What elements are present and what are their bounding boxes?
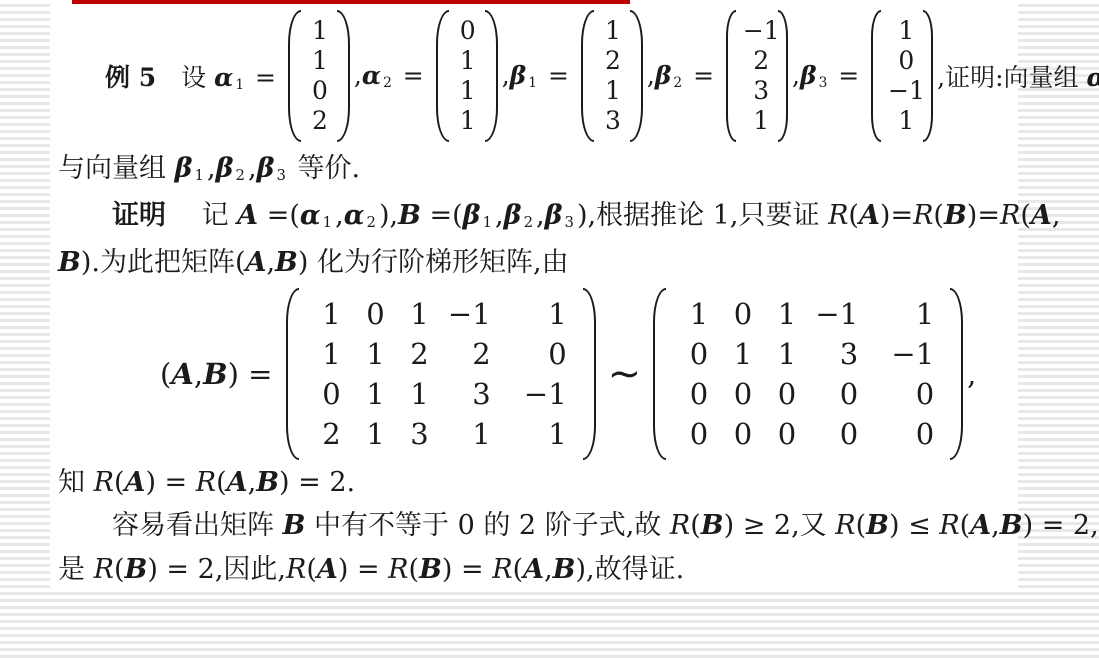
- matrix-entry: −1: [493, 374, 569, 414]
- text-segment: ,: [647, 61, 655, 90]
- text-segment: 3: [819, 75, 828, 91]
- text-segment: ) ≤: [889, 510, 939, 541]
- vector-entry: −1: [888, 76, 914, 106]
- vector-entry: 1: [308, 16, 328, 46]
- text-segment: R: [939, 510, 959, 541]
- text-segment: 1: [323, 213, 332, 231]
- left-paren: [288, 10, 301, 142]
- text-segment: (: [306, 554, 317, 585]
- left-paren: [653, 288, 666, 460]
- matrix-entry: 0: [493, 334, 569, 374]
- column-vector: 0111: [436, 10, 498, 142]
- text-segment: β: [504, 200, 522, 231]
- text-segment: ,: [792, 61, 800, 90]
- matrix-entry: 1: [387, 374, 431, 414]
- matrix-grid: 0111: [449, 10, 485, 142]
- text-segment: (: [856, 510, 867, 541]
- text-run: ,α2 =: [354, 61, 432, 91]
- text-segment: ) =: [145, 467, 195, 498]
- left-paren: [286, 288, 299, 460]
- text-segment: B: [283, 510, 306, 541]
- matrix: 101−110113−10000000000: [653, 288, 963, 460]
- matrix-entry: 1: [710, 334, 754, 374]
- text-segment: β: [175, 153, 193, 184]
- text-run: 是 R(B) = 2,因此,R(A) = R(B) = R(A,B),故得证.: [58, 554, 684, 585]
- text-segment: β: [800, 61, 817, 90]
- matrix-entry: 0: [860, 374, 936, 414]
- matrix-entry: 0: [798, 414, 860, 454]
- text-segment: α: [362, 61, 381, 90]
- text-segment: ,: [1052, 200, 1061, 231]
- column-vector: 1213: [581, 10, 643, 142]
- text-segment: ) =: [228, 357, 282, 391]
- matrix-entry: 1: [307, 334, 343, 374]
- text-segment: (: [690, 510, 701, 541]
- text-segment: 2: [383, 75, 392, 91]
- text-segment: ) =: [338, 554, 388, 585]
- text-run: 与向量组 β1,β2,β3 等价.: [58, 153, 360, 184]
- vector-entry: 2: [308, 106, 328, 136]
- text-segment: (: [216, 467, 227, 498]
- text-segment: 记: [166, 200, 237, 231]
- matrix-entry: 0: [307, 374, 343, 414]
- matrix-entry: 1: [343, 414, 387, 454]
- text-segment: B: [1000, 510, 1023, 541]
- text-segment: A: [970, 510, 991, 541]
- text-segment: A: [317, 554, 338, 585]
- text-segment: β: [545, 200, 563, 231]
- matrix-entry: 0: [674, 334, 710, 374]
- text-segment: =: [685, 61, 722, 90]
- text-segment: α: [344, 200, 365, 231]
- text-segment: =: [247, 63, 284, 92]
- text-segment: R: [94, 467, 114, 498]
- matrix-entry: 1: [674, 294, 710, 334]
- example-statement-line: 例 5 设 α1 = 1102,α2 = 0111,β1 = 1213,β2 =…: [50, 0, 1018, 146]
- text-run: ∼: [600, 351, 650, 397]
- text-run: ,证明:向量组 α1,α2: [937, 58, 1099, 94]
- text-segment: ) = 2,: [1023, 510, 1099, 541]
- text-segment: (: [409, 554, 420, 585]
- text-segment: 故得证.: [595, 554, 685, 585]
- vector-entry: 1: [456, 76, 476, 106]
- text-segment: (: [160, 357, 171, 391]
- text-run: (A,B) =: [160, 357, 282, 391]
- text-segment: A: [523, 554, 544, 585]
- matrix-entry: 1: [343, 374, 387, 414]
- text-segment: (: [114, 554, 125, 585]
- matrix-entry: 1: [307, 294, 343, 334]
- right-paren: [630, 10, 643, 142]
- right-paren: [923, 10, 933, 142]
- text-segment: 与向量组: [58, 153, 175, 184]
- text-segment: A: [246, 247, 267, 278]
- text-segment: β: [510, 61, 527, 90]
- text-segment: ),: [575, 554, 594, 585]
- text-segment: 容易看出矩阵: [112, 510, 283, 541]
- matrix-entry: 1: [343, 334, 387, 374]
- right-paren: [485, 10, 498, 142]
- rank-conclusion-line: 知 R(A) = R(A,B) = 2.: [50, 462, 1018, 504]
- text-segment: (: [933, 200, 944, 231]
- text-segment: ),: [577, 200, 596, 231]
- matrix-entry: 0: [754, 374, 798, 414]
- text-segment: B: [203, 357, 228, 391]
- column-vector: 1102: [288, 10, 350, 142]
- text-segment: A: [124, 467, 145, 498]
- text-segment: 2: [236, 166, 245, 184]
- text-segment: ),: [379, 200, 398, 231]
- text-segment: A: [859, 200, 880, 231]
- right-paren: [337, 10, 350, 142]
- vector-entry: 1: [308, 46, 328, 76]
- matrix-entry: 0: [674, 414, 710, 454]
- column-vector: −1231: [726, 10, 788, 142]
- text-segment: 为此把矩阵(: [100, 247, 246, 278]
- proof-line-2: B).为此把矩阵(A,B) 化为行阶梯形矩阵,由: [50, 239, 1018, 286]
- text-segment: 3: [277, 166, 286, 184]
- text-segment: 设: [156, 63, 214, 92]
- text-segment: =(: [258, 200, 300, 231]
- final-argument-line-2: 是 R(B) = 2,因此,R(A) = R(B) = R(A,B),故得证.: [50, 548, 1018, 592]
- text-segment: ,: [495, 200, 504, 231]
- text-segment: α: [1087, 63, 1099, 92]
- text-segment: 2: [524, 213, 533, 231]
- vector-entry: 1: [456, 106, 476, 136]
- text-segment: B: [256, 467, 279, 498]
- text-segment: B: [58, 247, 81, 278]
- final-argument-line-1: 容易看出矩阵 B 中有不等于 0 的 2 阶子式,故 R(B) ≥ 2,又 R(…: [50, 504, 1018, 548]
- matrix-entry: 1: [431, 414, 493, 454]
- matrix-entry: 1: [754, 294, 798, 334]
- text-segment: ) ≥ 2,: [724, 510, 800, 541]
- right-paren: [778, 10, 788, 142]
- matrix-entry: −1: [860, 334, 936, 374]
- text-segment: R: [828, 200, 848, 231]
- matrix-entry: 0: [860, 414, 936, 454]
- matrix-entry: 0: [754, 414, 798, 454]
- text-segment: (: [513, 554, 524, 585]
- text-segment: 知: [58, 467, 94, 498]
- left-paren: [871, 10, 881, 142]
- text-segment: R: [388, 554, 408, 585]
- text-segment: A: [171, 357, 194, 391]
- red-divider-line: [72, 0, 630, 4]
- text-run: B).为此把矩阵(A,B) 化为行阶梯形矩阵,由: [58, 247, 569, 278]
- matrix-equation: (A,B) = 101−11112200113−121311∼101−11011…: [50, 286, 1018, 462]
- matrix-entry: 3: [798, 334, 860, 374]
- matrix-entry: 3: [431, 374, 493, 414]
- matrix-entry: 1: [860, 294, 936, 334]
- text-segment: ) = 2,: [147, 554, 223, 585]
- vector-entry: 1: [601, 76, 621, 106]
- matrix-entry: 2: [307, 414, 343, 454]
- text-segment: (: [114, 467, 125, 498]
- vector-entry: 1: [888, 106, 914, 136]
- left-paren: [581, 10, 594, 142]
- content-panel: 例 5 设 α1 = 1102,α2 = 0111,β1 = 1213,β2 =…: [50, 0, 1018, 592]
- text-segment: ) = 2.: [279, 467, 355, 498]
- text-segment: A: [227, 467, 248, 498]
- text-segment: β: [463, 200, 481, 231]
- text-segment: α: [300, 200, 321, 231]
- text-segment: R: [196, 467, 216, 498]
- text-segment: 1: [235, 77, 244, 93]
- text-run: ,: [967, 357, 976, 391]
- matrix-entry: 0: [710, 294, 754, 334]
- vector-entry: 3: [601, 106, 621, 136]
- text-run: 例 5 设 α1 =: [105, 58, 284, 94]
- text-segment: R: [835, 510, 855, 541]
- vector-entry: 1: [456, 46, 476, 76]
- text-segment: =: [395, 61, 432, 90]
- matrix-entry: 0: [674, 374, 710, 414]
- text-segment: 2: [673, 75, 682, 91]
- text-segment: ,: [354, 61, 362, 90]
- text-segment: R: [286, 554, 306, 585]
- text-run: ,β3 =: [792, 61, 867, 91]
- vector-entry: 1: [743, 106, 769, 136]
- text-segment: ,: [335, 200, 344, 231]
- text-segment: B: [866, 510, 889, 541]
- text-segment: 因此,: [223, 554, 286, 585]
- text-segment: 3: [565, 213, 574, 231]
- left-paren: [726, 10, 736, 142]
- matrix-entry: 2: [387, 334, 431, 374]
- text-segment: R: [670, 510, 690, 541]
- text-segment: ,: [248, 467, 257, 498]
- text-segment: B: [124, 554, 147, 585]
- page-background: 例 5 设 α1 = 1102,α2 = 0111,β1 = 1213,β2 =…: [0, 0, 1099, 658]
- text-segment: (: [848, 200, 859, 231]
- matrix-entry: 3: [387, 414, 431, 454]
- matrix-entry: 0: [710, 414, 754, 454]
- text-segment: =: [830, 61, 867, 90]
- text-segment: R: [1000, 200, 1020, 231]
- matrix-entry: 1: [493, 294, 569, 334]
- vector-entry: 0: [456, 16, 476, 46]
- matrix-entry: 1: [387, 294, 431, 334]
- text-segment: 又: [800, 510, 836, 541]
- text-segment: ,证明:向量组: [937, 63, 1086, 92]
- text-segment: =(: [421, 200, 463, 231]
- text-segment: β: [655, 61, 672, 90]
- text-segment: ) =: [442, 554, 492, 585]
- text-segment: B: [553, 554, 576, 585]
- text-segment: 1: [195, 166, 204, 184]
- text-segment: ,: [248, 153, 257, 184]
- text-segment: =: [540, 61, 577, 90]
- text-segment: 例 5: [105, 63, 156, 92]
- text-segment: ,: [207, 153, 216, 184]
- text-segment: 化为行阶梯形矩阵,由: [317, 247, 569, 278]
- matrix-entry: 2: [431, 334, 493, 374]
- text-run: ,β1 =: [502, 61, 577, 91]
- text-run: 知 R(A) = R(A,B) = 2.: [58, 467, 355, 498]
- text-segment: 2: [366, 213, 375, 231]
- proof-line-1: 证明 记 A =(α1,α2),B =(β1,β2,β3),根据推论 1,只要证…: [50, 192, 1018, 239]
- text-segment: B: [419, 554, 442, 585]
- text-segment: 中有不等于 0 的 2 阶子式,故: [305, 510, 669, 541]
- text-segment: ,: [967, 357, 976, 391]
- text-segment: B: [701, 510, 724, 541]
- text-segment: ): [298, 247, 317, 278]
- matrix-entry: 0: [710, 374, 754, 414]
- matrix-entry: −1: [431, 294, 493, 334]
- text-segment: (: [960, 510, 971, 541]
- left-paren: [436, 10, 449, 142]
- matrix-grid: 1213: [594, 10, 630, 142]
- text-run: 容易看出矩阵 B 中有不等于 0 的 2 阶子式,故 R(B) ≥ 2,又 R(…: [112, 510, 1099, 541]
- text-segment: 1: [483, 213, 492, 231]
- text-segment: ,: [536, 200, 545, 231]
- text-segment: α: [214, 63, 233, 92]
- text-segment: A: [1031, 200, 1052, 231]
- column-vector: 10−11: [871, 10, 933, 142]
- text-segment: ,: [544, 554, 553, 585]
- matrix-grid: 1102: [301, 10, 337, 142]
- matrix-entry: 0: [343, 294, 387, 334]
- matrix-grid: 10−11: [881, 10, 923, 142]
- vector-entry: 1: [888, 16, 914, 46]
- right-paren: [583, 288, 596, 460]
- text-segment: (: [1020, 200, 1031, 231]
- text-segment: ,: [266, 247, 275, 278]
- matrix-entry: 1: [754, 334, 798, 374]
- text-segment: 是: [58, 554, 94, 585]
- text-segment: B: [275, 247, 298, 278]
- text-run: ,β2 =: [647, 61, 722, 91]
- text-segment: ,: [991, 510, 1000, 541]
- vector-entry: 2: [601, 46, 621, 76]
- text-segment: R: [913, 200, 933, 231]
- matrix-grid: 101−11112200113−121311: [299, 288, 583, 460]
- text-segment: A: [237, 200, 258, 231]
- text-segment: 等价.: [289, 153, 360, 184]
- text-segment: ,: [194, 357, 203, 391]
- matrix-entry: 0: [798, 374, 860, 414]
- matrix-entry: −1: [798, 294, 860, 334]
- statement-continuation-line: 与向量组 β1,β2,β3 等价.: [50, 146, 1018, 192]
- text-segment: 根据推论 1,只要证: [596, 200, 828, 231]
- text-segment: )=: [967, 200, 1000, 231]
- vector-entry: 1: [601, 16, 621, 46]
- text-segment: R: [94, 554, 114, 585]
- vector-entry: −1: [743, 16, 769, 46]
- text-segment: ).: [81, 247, 100, 278]
- right-paren: [950, 288, 963, 460]
- text-segment: 1: [528, 75, 537, 91]
- vector-entry: 0: [308, 76, 328, 106]
- text-segment: β: [216, 153, 234, 184]
- text-run: 证明 记 A =(α1,α2),B =(β1,β2,β3),根据推论 1,只要证…: [112, 200, 1060, 231]
- text-segment: ∼: [608, 351, 642, 397]
- vector-entry: 3: [743, 76, 769, 106]
- vector-entry: 2: [743, 46, 769, 76]
- text-segment: R: [492, 554, 512, 585]
- text-segment: B: [398, 200, 421, 231]
- matrix: 101−11112200113−121311: [286, 288, 596, 460]
- matrix-entry: 1: [493, 414, 569, 454]
- text-segment: ,: [502, 61, 510, 90]
- matrix-grid: −1231: [736, 10, 778, 142]
- text-segment: 证明: [112, 200, 166, 231]
- text-segment: B: [944, 200, 967, 231]
- vector-entry: 0: [888, 46, 914, 76]
- matrix-grid: 101−110113−10000000000: [666, 288, 950, 460]
- text-segment: β: [257, 153, 275, 184]
- text-segment: )=: [880, 200, 913, 231]
